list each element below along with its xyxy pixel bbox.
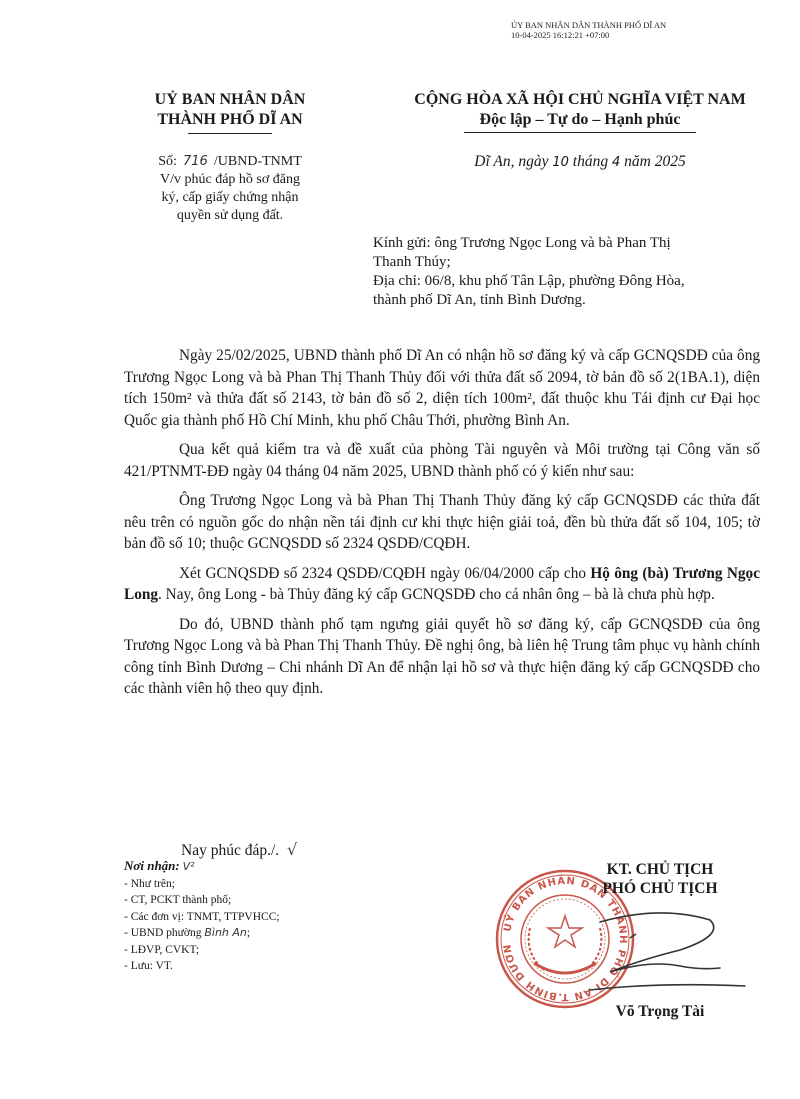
signer-title-line2: PHÓ CHỦ TỊCH <box>560 879 760 898</box>
body-paragraph: Qua kết quả kiểm tra và đề xuất của phòn… <box>124 439 760 482</box>
body-paragraph: Ngày 25/02/2025, UBND thành phố Dĩ An có… <box>124 345 760 431</box>
body-text: . Nay, ông Long - bà Thủy đăng ký cấp GC… <box>158 586 715 603</box>
national-header: CỘNG HÒA XÃ HỘI CHỦ NGHĨA VIỆT NAM Độc l… <box>380 90 780 133</box>
initial-mark-icon: V² <box>183 860 195 873</box>
subject-line: V/v phúc đáp hồ sơ đăng <box>105 171 355 189</box>
authority-underline <box>188 133 272 134</box>
closing-line: Nay phúc đáp./. √ <box>181 840 297 860</box>
recipients-title: Nơi nhận: <box>124 858 180 873</box>
digital-signature-stamp: ỦY BAN NHÂN DÂN THÀNH PHỐ DĨ AN 10-04-20… <box>511 20 666 40</box>
recipient-item: - CT, PCKT thành phố; <box>124 892 280 909</box>
handwritten-signature-icon <box>570 900 750 1000</box>
issuing-authority: UỶ BAN NHÂN DÂN THÀNH PHỐ DĨ AN <box>105 90 355 134</box>
signer-title-block: KT. CHỦ TỊCH PHÓ CHỦ TỊCH <box>560 860 760 898</box>
date-day: 10 <box>552 155 569 170</box>
recipient-item: - UBND phường Bình An; <box>124 925 280 942</box>
body-text: Xét GCNQSDĐ số 2324 QSDĐ/CQĐH ngày 06/04… <box>179 565 590 582</box>
closing-text: Nay phúc đáp./. <box>181 842 279 859</box>
body-paragraph: Xét GCNQSDĐ số 2324 QSDĐ/CQĐH ngày 06/04… <box>124 563 760 606</box>
date-line: Dĩ An, ngày 10 tháng 4 năm 2025 <box>380 153 780 171</box>
stamp-timestamp: 10-04-2025 16:12:21 +07:00 <box>511 30 666 40</box>
body-paragraph: Do đó, UBND thành phố tạm ngưng giải quy… <box>124 614 760 700</box>
recipient-line: Kính gửi: ông Trương Ngọc Long và bà Pha… <box>373 234 773 253</box>
date-month: 4 <box>612 155 620 170</box>
authority-line1: UỶ BAN NHÂN DÂN <box>105 90 355 110</box>
initial-check-mark-icon: √ <box>287 840 297 859</box>
motto-underline <box>464 132 696 133</box>
national-title: CỘNG HÒA XÃ HỘI CHỦ NGHĨA VIỆT NAM <box>380 90 780 110</box>
signer-title-line1: KT. CHỦ TỊCH <box>560 860 760 879</box>
subject-line: ký, cấp giấy chứng nhận <box>105 189 355 207</box>
letter-body: Ngày 25/02/2025, UBND thành phố Dĩ An có… <box>124 345 760 708</box>
recipient-item: - LĐVP, CVKT; <box>124 942 280 959</box>
national-motto: Độc lập – Tự do – Hạnh phúc <box>380 110 780 130</box>
body-paragraph: Ông Trương Ngọc Long và bà Phan Thị Than… <box>124 490 760 555</box>
date-year: năm 2025 <box>624 153 686 170</box>
document-number-block: Số: 716 /UBND-TNMT V/v phúc đáp hồ sơ đă… <box>105 153 355 225</box>
date-month-label: tháng <box>573 153 608 170</box>
doc-number-handwritten: 716 <box>180 153 210 171</box>
recipient-item: - Lưu: VT. <box>124 958 280 975</box>
doc-number-prefix: Số: <box>158 154 177 169</box>
recipient-item: - Các đơn vị: TNMT, TTPVHCC; <box>124 909 280 926</box>
recipients-list: Nơi nhận: V² - Như trên; - CT, PCKT thàn… <box>124 858 280 975</box>
recipient-block: Kính gửi: ông Trương Ngọc Long và bà Pha… <box>373 234 773 310</box>
authority-line2: THÀNH PHỐ DĨ AN <box>105 110 355 130</box>
recipient-address: thành phố Dĩ An, tỉnh Bình Dương. <box>373 291 773 310</box>
recipient-address: Địa chỉ: 06/8, khu phố Tân Lập, phường Đ… <box>373 272 773 291</box>
recipient-item-suffix: ; <box>247 927 250 939</box>
recipient-line: Thanh Thúy; <box>373 253 773 272</box>
recipient-item: - Như trên; <box>124 876 280 893</box>
signer-name: Võ Trọng Tài <box>560 1003 760 1021</box>
date-place: Dĩ An, ngày <box>474 153 548 170</box>
handwritten-ward: Bình An <box>204 926 247 939</box>
recipient-item-text: - UBND phường <box>124 927 204 939</box>
subject-line: quyền sử dụng đất. <box>105 207 355 225</box>
doc-number-suffix: /UBND-TNMT <box>214 154 302 169</box>
stamp-issuer: ỦY BAN NHÂN DÂN THÀNH PHỐ DĨ AN <box>511 20 666 30</box>
